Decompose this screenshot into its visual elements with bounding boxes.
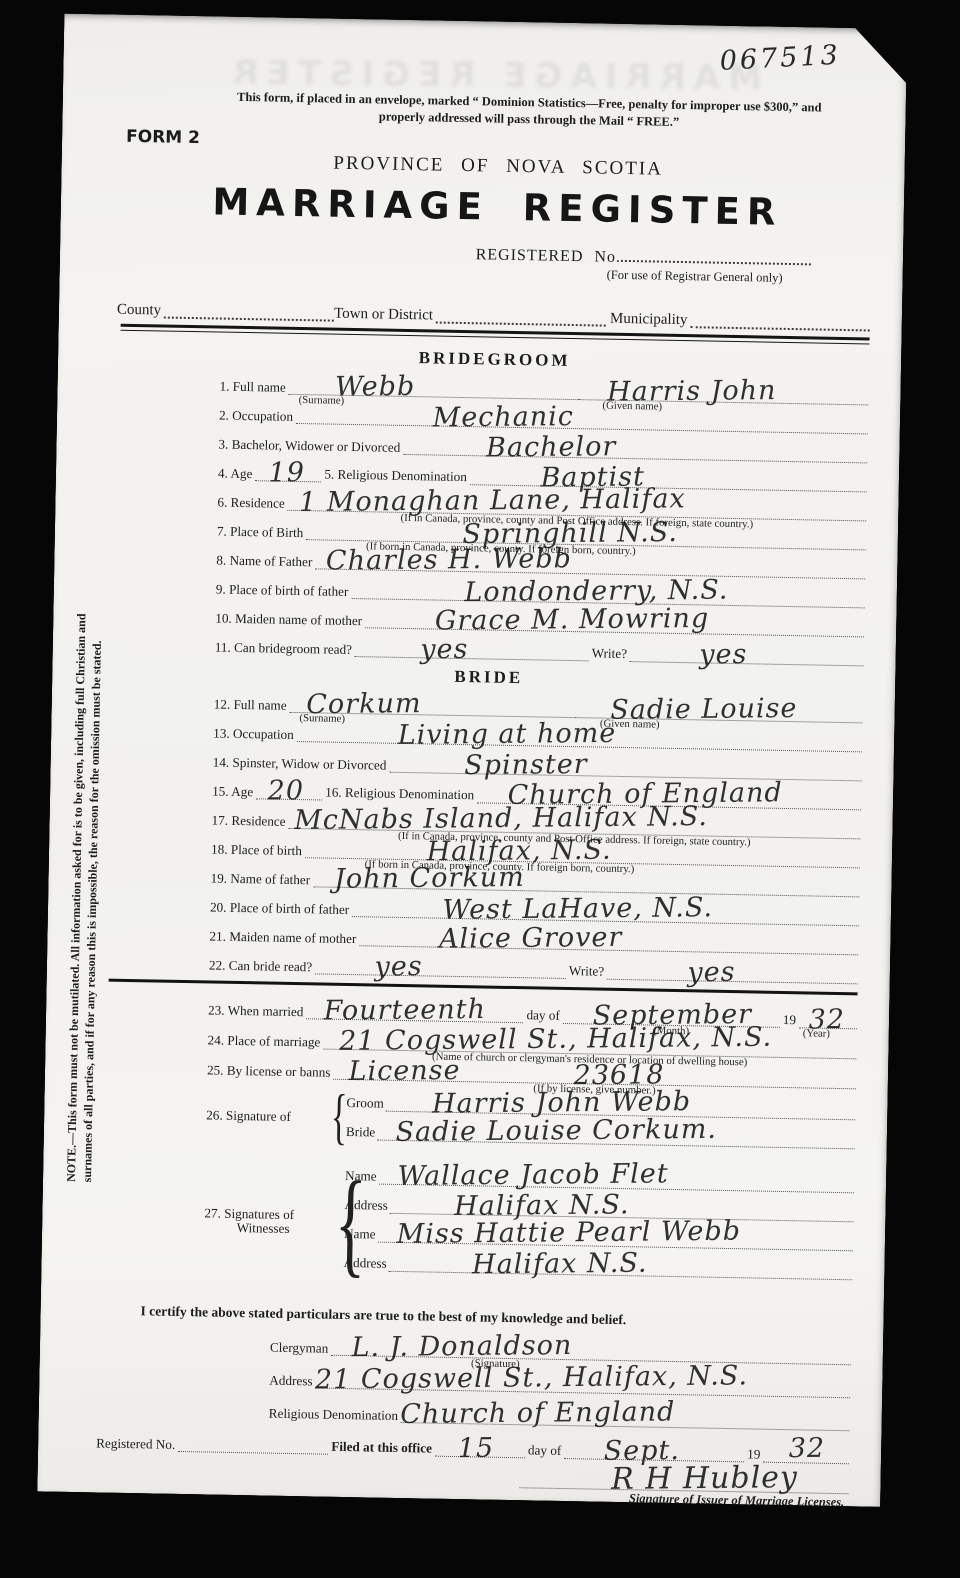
field-label: 6. Residence — [217, 495, 288, 511]
groom-label: Groom — [346, 1095, 386, 1112]
municipality-label: Municipality — [606, 312, 691, 329]
address-label: Address — [344, 1197, 390, 1214]
filed-label: Filed at this office — [328, 1439, 435, 1457]
day-of-label: day of — [525, 1442, 565, 1459]
field-label: 18. Place of birth — [211, 841, 305, 858]
handwriting-filed-year: 32 — [789, 1433, 826, 1464]
address-label: Address — [269, 1373, 316, 1389]
municipality-blank — [690, 304, 870, 331]
field-label: 13. Occupation — [213, 725, 297, 742]
registered-no-blank — [178, 1429, 328, 1455]
field-label: 15. Age — [212, 783, 256, 799]
witness2-address-blank: Halifax N.S. — [389, 1249, 853, 1280]
county-blank — [164, 295, 334, 322]
handwriting-witness2-address: Halifax N.S. — [472, 1248, 648, 1281]
couple-signature-rows: Groom Harris John Webb Bride Sadie Louis… — [346, 1082, 856, 1162]
town-district-label: Town or District — [334, 307, 436, 324]
age-blank: 19 — [255, 458, 321, 482]
registered-no-label: Registered No. — [96, 1435, 178, 1452]
field-label: 7. Place of Birth — [217, 524, 307, 541]
field-label: 26. Signature of — [206, 1108, 324, 1124]
bridegroom-rows: 1. Full name (Surname) Webb (Given name)… — [215, 365, 869, 667]
page-title: MARRIAGE REGISTER — [123, 179, 873, 236]
field-label2: Witnesses — [204, 1220, 322, 1236]
year-prefix: 19 — [780, 1012, 799, 1028]
read-blank: yes — [315, 951, 566, 979]
filed-month-blank: Sept. — [564, 1436, 744, 1462]
handwriting-bride-signature: Sadie Louise Corkum. — [396, 1114, 718, 1148]
handwriting-write: yes — [687, 957, 735, 988]
name-label: Name — [345, 1168, 379, 1185]
handwriting-write: yes — [700, 639, 748, 670]
registered-no-block: REGISTERED No. (For use of Registrar Gen… — [122, 240, 812, 287]
write-label: Write? — [566, 963, 608, 980]
bride-signature-blank: Sadie Louise Corkum. — [377, 1118, 855, 1150]
read-blank: yes — [355, 634, 589, 661]
name-label: Name — [344, 1226, 378, 1243]
field-label: 4. Age — [218, 466, 256, 482]
field-label: 25. By license or banns — [207, 1062, 334, 1079]
see-other-side-label: [SEE OTHER SIDE] — [125, 1507, 848, 1531]
town-district-blank — [436, 300, 606, 327]
witness-rows: Name Wallace Jacob Flet Address Halifax … — [343, 1155, 854, 1300]
field-label: 22. Can bride read? — [209, 957, 316, 974]
denomination-label: Religious Denomination — [269, 1406, 402, 1423]
write-blank: yes — [630, 639, 864, 666]
signature-block-witnesses: 27. Signatures of Witnesses { Name Walla… — [203, 1152, 854, 1300]
field-label: 2. Occupation — [219, 408, 296, 424]
issuer-signature-row: R H Hubley — [519, 1458, 848, 1494]
field-label: 17. Residence — [211, 812, 288, 828]
write-blank: yes — [607, 957, 858, 985]
bride-rows: 12. Full name (Surname) Corkum (Given na… — [203, 682, 863, 1300]
clergy-rows: Clergyman (Signature) L. J. Donaldson Ad… — [269, 1322, 852, 1432]
clergyman-label: Clergyman — [270, 1340, 332, 1356]
bride-label: Bride — [346, 1124, 378, 1141]
witnesses-label: 27. Signatures of Witnesses — [203, 1152, 323, 1290]
filed-year-blank: 32 — [763, 1440, 849, 1465]
registered-no-label: REGISTERED No. — [476, 246, 622, 267]
signature-block-couple: 26. Signature of { Groom Harris John Web… — [206, 1079, 856, 1162]
brace-couple: { — [324, 1082, 347, 1153]
mail-notice: This form, if placed in an envelope, mar… — [184, 88, 874, 135]
county-label: County — [117, 303, 164, 319]
field-label: 1. Full name — [219, 379, 289, 395]
filed-day-blank: 15 — [435, 1434, 525, 1459]
age-blank: 20 — [256, 776, 322, 800]
handwriting-read: yes — [420, 634, 468, 665]
day-of-label: day of — [523, 1007, 563, 1024]
brace-witnesses: { — [321, 1155, 345, 1291]
field-label: 12. Full name — [214, 696, 290, 712]
field-label: 11. Can bridegroom read? — [215, 640, 355, 658]
write-label: Write? — [589, 645, 631, 662]
form-content: This form, if placed in an envelope, mar… — [37, 14, 907, 1507]
address-label: Address — [343, 1255, 389, 1272]
scanned-paper: MARRIAGE REGISTER 067513 This form, if p… — [37, 14, 907, 1507]
year-prefix: 19 — [744, 1446, 763, 1462]
handwriting-read: yes — [375, 951, 423, 982]
handwriting-filed-day: 15 — [458, 1433, 495, 1464]
signature-of-label: 26. Signature of — [206, 1079, 325, 1152]
year-blank: (Year) 32 — [799, 1005, 857, 1029]
registered-no-blank — [621, 260, 811, 265]
